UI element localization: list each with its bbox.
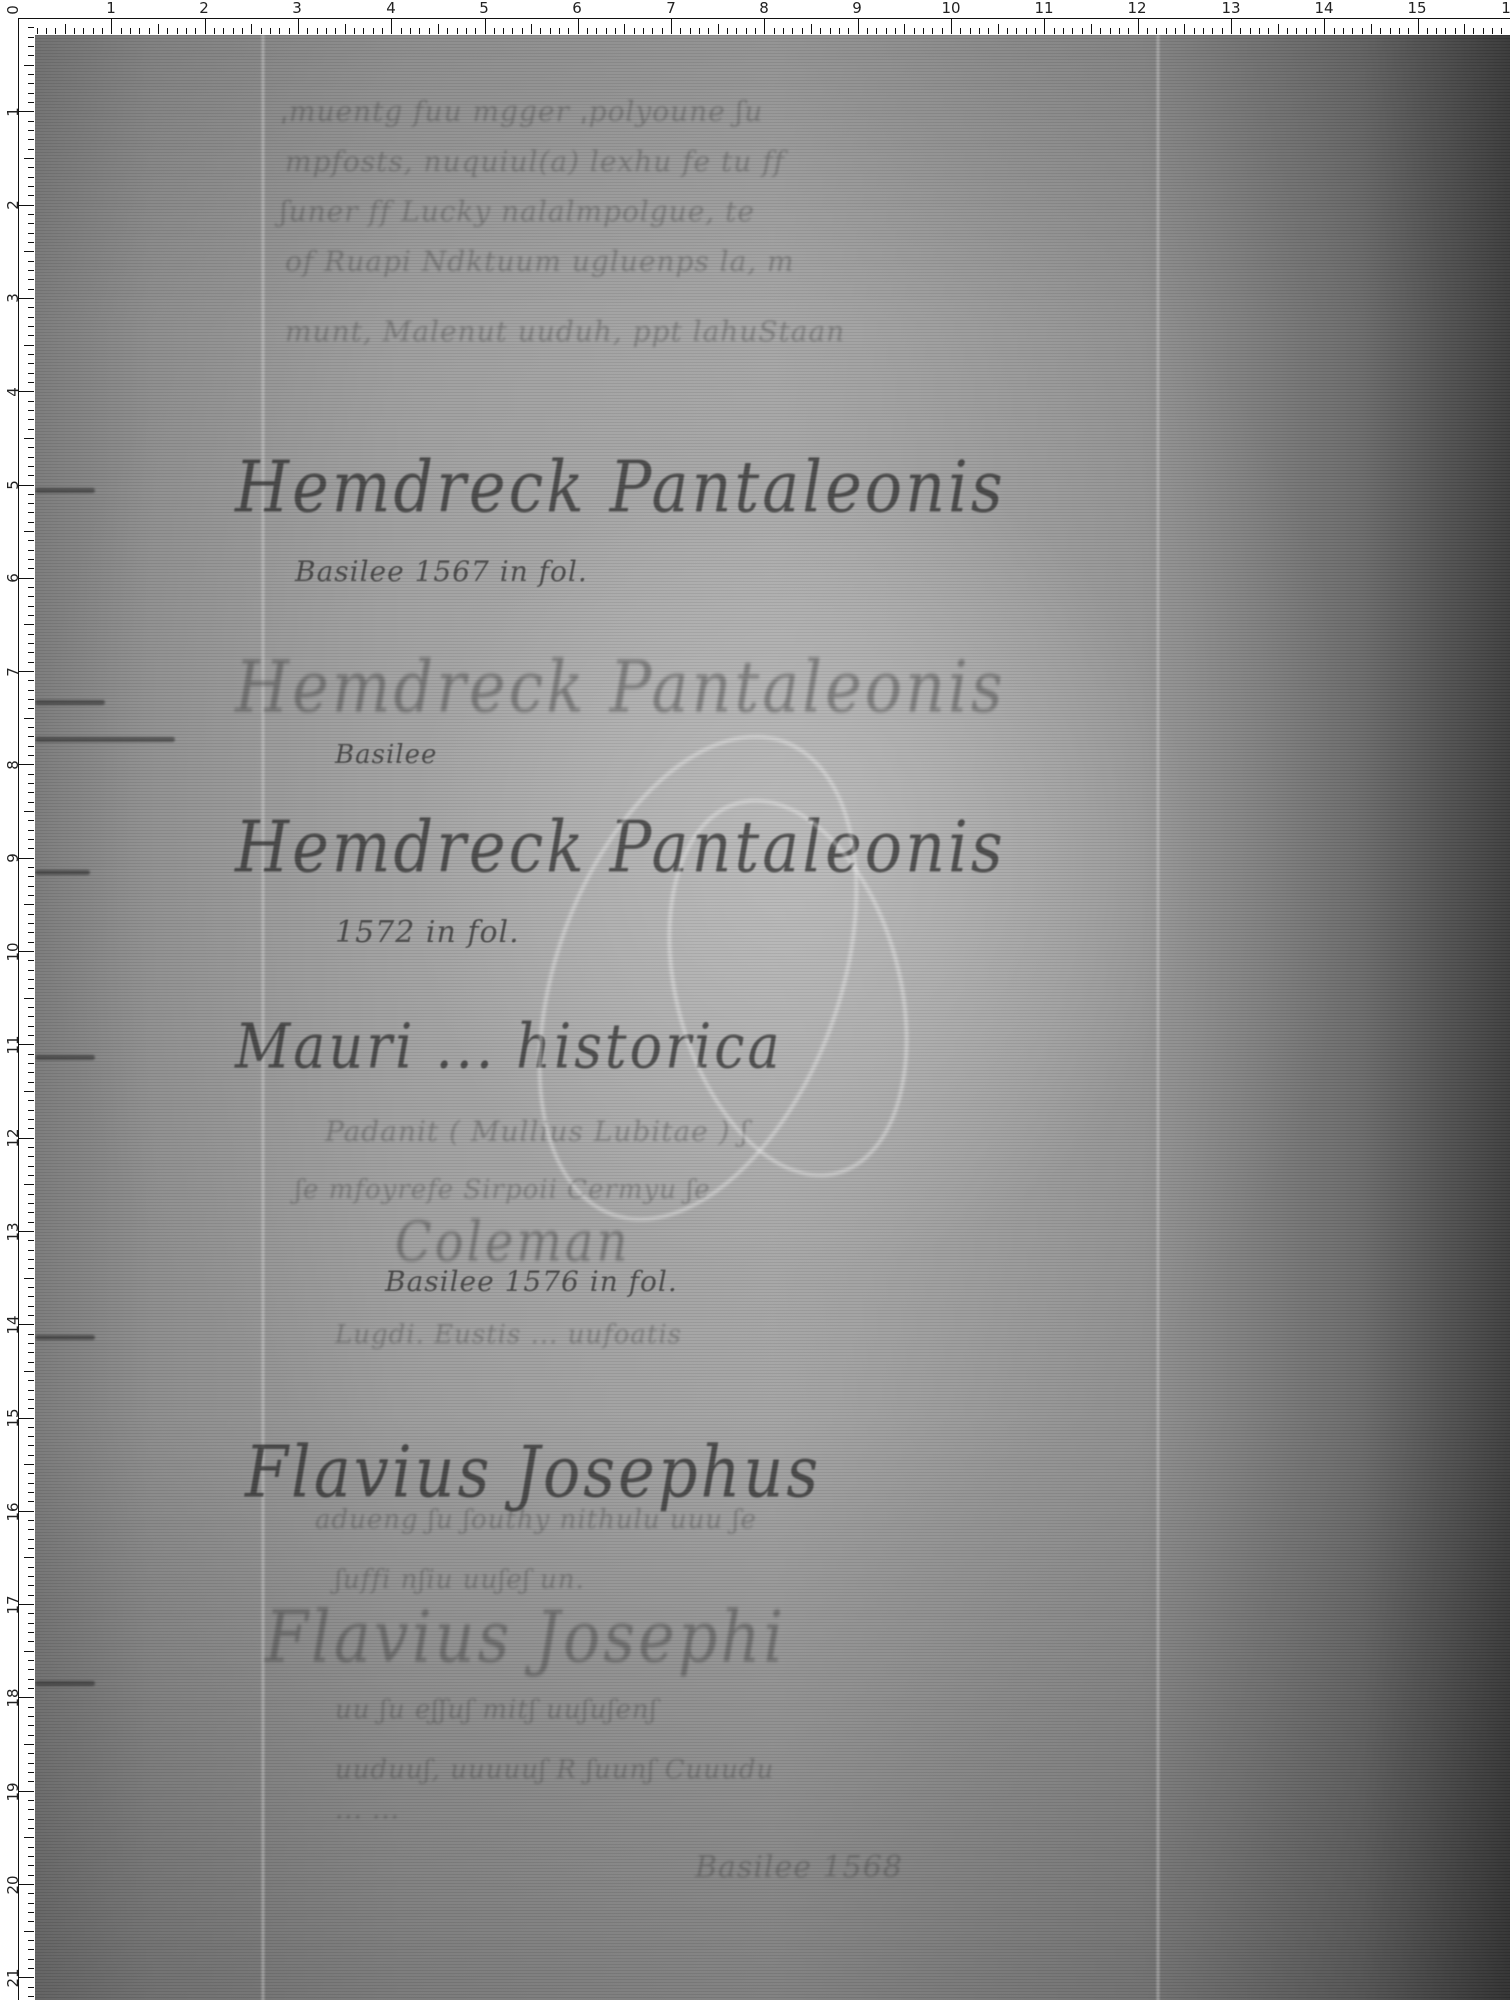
ruler-tick bbox=[28, 596, 34, 597]
ruler-tick bbox=[205, 18, 206, 34]
ruler-label: 9 bbox=[852, 0, 862, 16]
ruler-tick bbox=[28, 1259, 34, 1260]
ruler-label: 1 bbox=[106, 0, 116, 16]
ruler-tick bbox=[28, 121, 34, 122]
ruler-tick bbox=[1408, 28, 1409, 34]
ruler-tick bbox=[28, 876, 34, 877]
margin-mark bbox=[35, 870, 90, 875]
ruler-tick bbox=[28, 1809, 34, 1810]
ruler-tick bbox=[28, 177, 34, 178]
ruler-tick bbox=[18, 1231, 34, 1232]
ruler-tick bbox=[1166, 28, 1167, 34]
ruler-tick bbox=[1203, 28, 1204, 34]
ruler-tick bbox=[606, 28, 607, 34]
ruler-tick bbox=[24, 158, 34, 159]
ruler-tick bbox=[28, 1390, 34, 1391]
ruler-tick bbox=[28, 1641, 34, 1642]
ruler-tick bbox=[28, 1567, 34, 1568]
fold-line bbox=[1155, 35, 1161, 2000]
ruler-tick bbox=[28, 1492, 34, 1493]
ruler-tick bbox=[18, 1418, 34, 1419]
ruler-tick bbox=[28, 1287, 34, 1288]
ruler-label: 6 bbox=[572, 0, 582, 16]
ruler-tick bbox=[28, 1343, 34, 1344]
ruler-tick bbox=[28, 1175, 34, 1176]
ruler-tick bbox=[28, 1949, 34, 1950]
ruler-tick bbox=[251, 24, 252, 34]
ruler-tick bbox=[596, 28, 597, 34]
ruler-tick bbox=[24, 718, 34, 719]
ruler-tick bbox=[24, 1184, 34, 1185]
ruler-tick bbox=[858, 18, 859, 34]
ruler-tick bbox=[74, 28, 75, 34]
ruler-tick bbox=[186, 28, 187, 34]
ruler-label: 1 bbox=[1501, 0, 1510, 16]
ruler-tick bbox=[289, 28, 290, 34]
ruler-tick bbox=[28, 1194, 34, 1195]
ruler-tick bbox=[28, 1735, 34, 1736]
ruler-tick bbox=[970, 28, 971, 34]
ruler-tick bbox=[24, 998, 34, 999]
ruler-tick bbox=[28, 1847, 34, 1848]
ruler-tick bbox=[942, 28, 943, 34]
ruler-tick bbox=[18, 1604, 34, 1605]
ruler-tick bbox=[1380, 28, 1381, 34]
margin-mark bbox=[35, 700, 105, 705]
ruler-tick bbox=[28, 942, 34, 943]
ruler-tick bbox=[28, 429, 34, 430]
ruler-tick bbox=[28, 46, 34, 47]
ruler-tick bbox=[363, 28, 364, 34]
ruler-tick bbox=[28, 1427, 34, 1428]
ruler-tick bbox=[28, 1763, 34, 1764]
ruler-tick bbox=[1147, 28, 1148, 34]
ruler-tick bbox=[512, 28, 513, 34]
ruler-tick bbox=[28, 55, 34, 56]
ruler-tick bbox=[1119, 28, 1120, 34]
ruler-tick bbox=[28, 1212, 34, 1213]
ruler-tick bbox=[177, 28, 178, 34]
ruler-tick bbox=[1278, 24, 1279, 34]
ruler-tick bbox=[1212, 28, 1213, 34]
ruler-tick bbox=[28, 1240, 34, 1241]
ruler-tick bbox=[28, 1781, 34, 1782]
ruler-tick bbox=[28, 37, 34, 38]
ruler-tick bbox=[24, 904, 34, 905]
ruler-tick bbox=[28, 932, 34, 933]
ruler-tick bbox=[242, 28, 243, 34]
ruler-tick bbox=[354, 28, 355, 34]
ruler-tick bbox=[28, 503, 34, 504]
ruler-tick bbox=[261, 28, 262, 34]
ruler-label: 12 bbox=[1127, 0, 1146, 16]
ruler-tick bbox=[475, 28, 476, 34]
ruler-tick bbox=[559, 28, 560, 34]
ruler-label: 8 bbox=[759, 0, 769, 16]
ruler-tick bbox=[28, 755, 34, 756]
heading: Hemdreck Pantaleonis bbox=[235, 445, 1006, 529]
ruler-tick bbox=[28, 139, 34, 140]
ruler-tick bbox=[1240, 28, 1241, 34]
ruler-tick bbox=[932, 28, 933, 34]
ruler-label: 11 bbox=[1034, 0, 1053, 16]
ruler-tick bbox=[531, 24, 532, 34]
ruler-tick bbox=[410, 28, 411, 34]
ruler-tick bbox=[28, 466, 34, 467]
ruler-tick bbox=[28, 1987, 34, 1988]
ruler-tick bbox=[158, 24, 159, 34]
ruler-tick bbox=[28, 652, 34, 653]
ruler-tick bbox=[139, 28, 140, 34]
ruler-tick bbox=[270, 28, 271, 34]
ruler-tick bbox=[18, 764, 34, 765]
ruler-tick bbox=[1418, 18, 1419, 34]
ruler-tick bbox=[457, 28, 458, 34]
ruler-tick bbox=[419, 28, 420, 34]
ruler-tick bbox=[690, 28, 691, 34]
ruler-tick bbox=[28, 186, 34, 187]
ruler-tick bbox=[494, 28, 495, 34]
ruler-tick bbox=[28, 1156, 34, 1157]
ruler-tick bbox=[18, 671, 34, 672]
manuscript-scan: ˌmuentg fuu mgger ˌpolyoune ʃu mpfosts, … bbox=[35, 35, 1510, 2000]
ruler-tick bbox=[1436, 28, 1437, 34]
ruler-tick bbox=[18, 485, 34, 486]
ruler-tick bbox=[1016, 28, 1017, 34]
ruler-tick bbox=[28, 1119, 34, 1120]
ruler-tick bbox=[1371, 24, 1372, 34]
ruler-tick bbox=[792, 28, 793, 34]
ruler-tick bbox=[28, 1520, 34, 1521]
ruler-tick bbox=[736, 28, 737, 34]
ruler-tick bbox=[764, 18, 765, 34]
ruler-tick bbox=[1492, 28, 1493, 34]
ruler-tick bbox=[28, 1147, 34, 1148]
ruler-tick bbox=[24, 1744, 34, 1745]
ruler-tick bbox=[746, 28, 747, 34]
ruler-tick bbox=[28, 1016, 34, 1017]
ruler-tick bbox=[28, 307, 34, 308]
ruler-tick bbox=[24, 345, 34, 346]
ruler-tick bbox=[28, 1819, 34, 1820]
ruler-tick bbox=[28, 475, 34, 476]
ruler-tick bbox=[28, 988, 34, 989]
heading: Flavius Josephi bbox=[265, 1595, 786, 1679]
ruler-tick bbox=[28, 1054, 34, 1055]
ruler-tick bbox=[28, 1128, 34, 1129]
ruler-tick bbox=[28, 1959, 34, 1960]
ruler-tick bbox=[979, 28, 980, 34]
ruler-tick bbox=[28, 727, 34, 728]
ruler-tick bbox=[401, 28, 402, 34]
ruler-tick bbox=[28, 93, 34, 94]
ruler-tick bbox=[28, 1296, 34, 1297]
ruler-label: 4 bbox=[386, 0, 396, 16]
ruler-tick bbox=[28, 382, 34, 383]
ruler-tick bbox=[1128, 28, 1129, 34]
ruler-label: 19 bbox=[5, 1780, 21, 1804]
ruler-tick bbox=[960, 28, 961, 34]
ruler-tick bbox=[28, 699, 34, 700]
ruler-tick bbox=[1352, 28, 1353, 34]
ruler-tick bbox=[28, 1679, 34, 1680]
ruler-tick bbox=[24, 1278, 34, 1279]
ruler-tick bbox=[279, 28, 280, 34]
ruler-tick bbox=[28, 1996, 34, 1997]
ruler-tick bbox=[28, 1660, 34, 1661]
ruler-tick bbox=[1399, 28, 1400, 34]
ruler-tick bbox=[485, 18, 486, 34]
ruler-tick bbox=[1222, 28, 1223, 34]
ruler-tick bbox=[28, 270, 34, 271]
ruler-tick bbox=[382, 28, 383, 34]
ruler-tick bbox=[28, 1875, 34, 1876]
ruler-top: 0 1 2 3 4 5 6 7 8 9 10 11 12 13 14 15 1 bbox=[0, 0, 1510, 34]
ruler-tick bbox=[1268, 28, 1269, 34]
ruler-tick bbox=[28, 223, 34, 224]
ruler-tick bbox=[28, 1548, 34, 1549]
ruler-tick bbox=[18, 1884, 34, 1885]
ruler-tick bbox=[28, 1828, 34, 1829]
ruler-tick bbox=[28, 1753, 34, 1754]
ruler-tick bbox=[28, 373, 34, 374]
margin-mark bbox=[35, 1681, 95, 1686]
ruler-tick bbox=[466, 28, 467, 34]
ruler-tick bbox=[811, 24, 812, 34]
ruler-tick bbox=[774, 28, 775, 34]
ruler-tick bbox=[1343, 28, 1344, 34]
ruler-tick bbox=[1175, 28, 1176, 34]
ruler-tick bbox=[18, 1138, 34, 1139]
ruler-tick bbox=[28, 1455, 34, 1456]
ruler-tick bbox=[28, 802, 34, 803]
ruler-tick bbox=[1473, 28, 1474, 34]
ruler-tick bbox=[28, 1716, 34, 1717]
ruler-tick bbox=[28, 289, 34, 290]
ruler-tick bbox=[28, 149, 34, 150]
ruler-tick bbox=[55, 28, 56, 34]
ruler-tick bbox=[624, 24, 625, 34]
ruler-tick bbox=[28, 214, 34, 215]
ruler-tick bbox=[28, 867, 34, 868]
ruler-tick bbox=[28, 74, 34, 75]
ruler-tick bbox=[28, 233, 34, 234]
ruler-tick bbox=[28, 783, 34, 784]
ruler-tick bbox=[671, 18, 672, 34]
ruler-tick bbox=[24, 1931, 34, 1932]
ruler-tick bbox=[28, 1110, 34, 1111]
ruler-tick bbox=[373, 28, 374, 34]
ruler-tick bbox=[28, 1082, 34, 1083]
ruler-tick bbox=[28, 522, 34, 523]
ruler-tick bbox=[1072, 28, 1073, 34]
ruler-tick bbox=[28, 1623, 34, 1624]
ruler-tick bbox=[345, 24, 346, 34]
ruler-tick bbox=[615, 28, 616, 34]
heading: Flavius Josephus bbox=[245, 1430, 821, 1514]
ruler-tick bbox=[820, 28, 821, 34]
ruler-label: 20 bbox=[5, 1873, 21, 1897]
ruler-tick bbox=[28, 167, 34, 168]
ruler-tick bbox=[28, 1306, 34, 1307]
ruler-tick bbox=[28, 960, 34, 961]
ruler-tick bbox=[18, 858, 34, 859]
ruler-tick bbox=[28, 1501, 34, 1502]
ruler-tick bbox=[28, 1100, 34, 1101]
ruler-tick bbox=[111, 18, 112, 34]
ruler-tick bbox=[28, 419, 34, 420]
ruler-tick bbox=[830, 28, 831, 34]
ruler-tick bbox=[335, 28, 336, 34]
margin-mark bbox=[35, 1335, 95, 1340]
ruler-tick bbox=[28, 634, 34, 635]
ruler-tick bbox=[568, 28, 569, 34]
ruler-tick bbox=[914, 28, 915, 34]
ruler-label: 13 bbox=[5, 1220, 21, 1244]
ruler-tick bbox=[28, 1539, 34, 1540]
ruler-tick bbox=[28, 606, 34, 607]
ruler-tick bbox=[1445, 28, 1446, 34]
ruler-tick bbox=[28, 690, 34, 691]
ruler-tick bbox=[223, 28, 224, 34]
ruler-tick bbox=[1054, 28, 1055, 34]
ruler-tick bbox=[28, 820, 34, 821]
ruler-label: 10 bbox=[941, 0, 960, 16]
ruler-tick bbox=[1324, 18, 1325, 34]
ruler-tick bbox=[28, 559, 34, 560]
ruler-tick bbox=[28, 27, 34, 28]
ruler-tick bbox=[46, 28, 47, 34]
ruler-tick bbox=[307, 28, 308, 34]
ruler-tick bbox=[503, 28, 504, 34]
ruler-tick bbox=[28, 1865, 34, 1866]
ruler-tick bbox=[24, 65, 34, 66]
ruler-tick bbox=[28, 335, 34, 336]
ruler-tick bbox=[121, 28, 122, 34]
ruler-tick bbox=[28, 1940, 34, 1941]
ruler-tick bbox=[1044, 18, 1045, 34]
ruler-tick bbox=[28, 1576, 34, 1577]
ruler-tick bbox=[317, 28, 318, 34]
ruler-tick bbox=[28, 746, 34, 747]
ruler-tick bbox=[28, 1893, 34, 1894]
ruler-tick bbox=[550, 28, 551, 34]
ruler-tick bbox=[895, 28, 896, 34]
ruler-tick bbox=[28, 1334, 34, 1335]
ruler-tick bbox=[1231, 18, 1232, 34]
ruler-tick bbox=[28, 1436, 34, 1437]
text-line: 1572 in fol. bbox=[335, 915, 520, 950]
ruler-label: 5 bbox=[479, 0, 489, 16]
ruler-tick bbox=[1455, 28, 1456, 34]
ruler-tick bbox=[1427, 28, 1428, 34]
ruler-tick bbox=[28, 1203, 34, 1204]
ruler-tick bbox=[708, 28, 709, 34]
ruler-tick bbox=[28, 568, 34, 569]
ruler-tick bbox=[24, 811, 34, 812]
ruler-tick bbox=[18, 1977, 34, 1978]
ruler-tick bbox=[28, 512, 34, 513]
text-line: Basilee 1567 in fol. bbox=[295, 555, 588, 588]
ruler-tick bbox=[28, 886, 34, 887]
ruler-tick bbox=[1091, 24, 1092, 34]
ruler-tick bbox=[24, 1371, 34, 1372]
ruler-tick bbox=[1250, 28, 1251, 34]
ruler-tick bbox=[904, 24, 905, 34]
ruler-tick bbox=[28, 317, 34, 318]
ruler-tick bbox=[28, 130, 34, 131]
ruler-tick bbox=[727, 28, 728, 34]
ruler-tick bbox=[28, 401, 34, 402]
ruler-tick bbox=[233, 28, 234, 34]
ruler-tick bbox=[839, 28, 840, 34]
ruler-tick bbox=[1007, 28, 1008, 34]
ruler-tick bbox=[1334, 28, 1335, 34]
ruler-tick bbox=[28, 774, 34, 775]
ruler-tick bbox=[1362, 28, 1363, 34]
ruler-tick bbox=[578, 18, 579, 34]
ruler-tick bbox=[1287, 28, 1288, 34]
ruler-tick bbox=[28, 708, 34, 709]
ruler-tick bbox=[24, 1837, 34, 1838]
text-line: Basilee 1576 in fol. bbox=[385, 1265, 678, 1298]
ruler-tick bbox=[1082, 28, 1083, 34]
ruler-tick bbox=[28, 1315, 34, 1316]
ruler-tick bbox=[1296, 28, 1297, 34]
ruler-tick bbox=[28, 1362, 34, 1363]
ruler-tick bbox=[28, 1921, 34, 1922]
ruler-tick bbox=[28, 83, 34, 84]
ruler-tick bbox=[28, 242, 34, 243]
ruler-tick bbox=[28, 1268, 34, 1269]
ruler-tick bbox=[18, 298, 34, 299]
ruler-tick bbox=[37, 28, 38, 34]
ruler-tick bbox=[429, 28, 430, 34]
ruler-tick bbox=[28, 830, 34, 831]
ruler-tick bbox=[662, 28, 663, 34]
ruler-tick bbox=[28, 261, 34, 262]
ruler-tick bbox=[867, 28, 868, 34]
ruler-tick bbox=[783, 28, 784, 34]
ruler-tick bbox=[28, 1595, 34, 1596]
ruler-tick bbox=[886, 28, 887, 34]
ruler-tick bbox=[1100, 28, 1101, 34]
ruler-tick bbox=[28, 1166, 34, 1167]
ruler-tick bbox=[28, 1035, 34, 1036]
ruler-tick bbox=[28, 1800, 34, 1801]
ruler-tick bbox=[1315, 28, 1316, 34]
ruler-tick bbox=[93, 28, 94, 34]
ruler-tick bbox=[28, 1399, 34, 1400]
ruler-tick bbox=[24, 1091, 34, 1092]
ruler-tick bbox=[652, 28, 653, 34]
ruler-label: 2 bbox=[199, 0, 209, 16]
ruler-tick bbox=[18, 1324, 34, 1325]
ruler-tick bbox=[24, 1651, 34, 1652]
ruler-label: 13 bbox=[1221, 0, 1240, 16]
ruler-tick bbox=[587, 28, 588, 34]
ruler-tick bbox=[298, 18, 299, 34]
ruler-tick bbox=[28, 1613, 34, 1614]
ruler-tick bbox=[1026, 28, 1027, 34]
ruler-tick bbox=[28, 587, 34, 588]
ruler-tick bbox=[923, 28, 924, 34]
ruler-tick bbox=[699, 28, 700, 34]
ruler-tick bbox=[28, 848, 34, 849]
ruler-left: 0 1 2 3 4 5 6 7 8 9 10 11 12 13 14 15 16… bbox=[0, 0, 34, 2000]
ruler-tick bbox=[1138, 18, 1139, 34]
ruler-tick bbox=[24, 438, 34, 439]
